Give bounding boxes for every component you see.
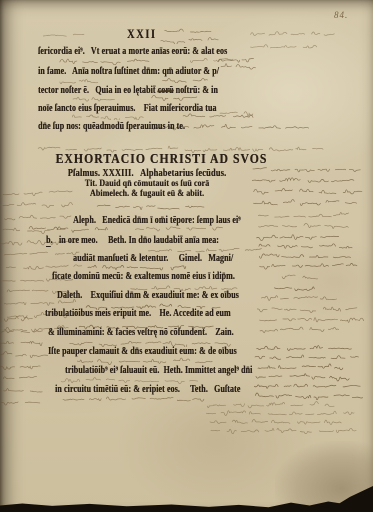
printed-line: noīe ſancto eius ſperauimus. Fiat miſeri…: [38, 103, 216, 114]
handwritten-gloss: [60, 375, 218, 384]
handwritten-gloss: [250, 27, 335, 52]
struck-word: corū: [158, 85, 174, 96]
psalm-title-line: Abimelech. & fugauit eū & abiit.: [55, 189, 238, 199]
printed-text: tector noſter ē. Quia in eo lętabit̄: [38, 85, 158, 96]
handwritten-gloss: [252, 163, 367, 207]
psalm-verse-line: in circuitu timētiū eū: & eripiet eos. T…: [55, 384, 240, 395]
handwritten-gloss: [216, 56, 260, 70]
printed-text: noſtrū: & in: [173, 85, 217, 96]
handwritten-gloss: [85, 263, 195, 271]
handwritten-gloss: [256, 210, 362, 230]
handwritten-gloss: [256, 250, 362, 270]
psalm-subheading: Pſalmus. XXXIII. Alphabetarius ſecūdus.: [55, 168, 238, 179]
printed-text: . in ore meo. Beth. In dn̄o laudabit̄ an…: [51, 235, 219, 246]
handwritten-gloss: [257, 292, 369, 334]
handwritten-gloss: [206, 400, 366, 434]
folio-number: 84.: [334, 10, 348, 20]
handwritten-gloss: [216, 105, 268, 117]
psalm-verse-line: tribulatiōib⁹ ei⁹ ſaluauit eū. Heth. Imm…: [65, 365, 252, 376]
printed-line: ſericordia ei⁹. Vt eruat a morte anīas e…: [38, 46, 227, 57]
handwritten-gloss: [160, 26, 230, 44]
psalm-title-line: Tit. Dauid qn̄ cōmutauit os ſuū corā: [55, 179, 238, 189]
psalm-verse-line: ficate dominū mecū: & exaltemus nomē eiu…: [52, 271, 235, 282]
psalm-verse-line: audiāt manſueti & letentur. Gimel. Magni…: [73, 253, 233, 264]
handwritten-gloss: [57, 76, 121, 84]
handwritten-gloss: [256, 232, 361, 250]
psalm-verse-line: & illuminamini: & facies veſtrę nō cōfun…: [48, 327, 234, 338]
psalm-verse-line: Daleth. Exquiſiui dn̄m & exaudiuit me: &…: [57, 290, 239, 301]
handwritten-gloss: [278, 272, 330, 281]
page-heading-numeral: XXII: [127, 26, 157, 42]
printed-line: tector noſter ē. Quia in eo lętabit̄ cor…: [38, 85, 218, 96]
handwritten-gloss: [75, 356, 225, 365]
psalm-verse-line: Aleph. Enedicā dn̄m ī om̄i tēpore: ſemp …: [73, 215, 241, 226]
psalm-verse-line: tribulatiōibus meis eripuit me. He. Acce…: [45, 308, 231, 319]
handwritten-gloss: [270, 283, 322, 291]
section-heading: EXHORTACIO CHRISTI AD SVOS: [55, 152, 238, 168]
psalm-verse-line: b. in ore meo. Beth. In dn̄o laudabit̄ a…: [46, 235, 219, 246]
handwritten-gloss: [58, 57, 163, 65]
scanned-book-page: 84. XXII ſericordia ei⁹. Vt eruat a mort…: [0, 0, 373, 512]
printed-line: in fame. Anīa noſtra ſuſtinet dn̄m: qm̄ …: [38, 66, 219, 77]
handwritten-gloss: [0, 312, 49, 408]
paper-leaf: 84. XXII ſericordia ei⁹. Vt eruat a mort…: [0, 0, 373, 512]
handwritten-gloss: [43, 30, 93, 39]
handwritten-gloss: [93, 201, 238, 211]
handwritten-gloss: [254, 342, 370, 400]
printed-line: dn̄e ſup nos: quēadmodū ſperauimus in te…: [38, 121, 185, 132]
psalm-verse-line: Iſte pauper clamauit & dn̄s exaudiuit eu…: [48, 346, 237, 357]
